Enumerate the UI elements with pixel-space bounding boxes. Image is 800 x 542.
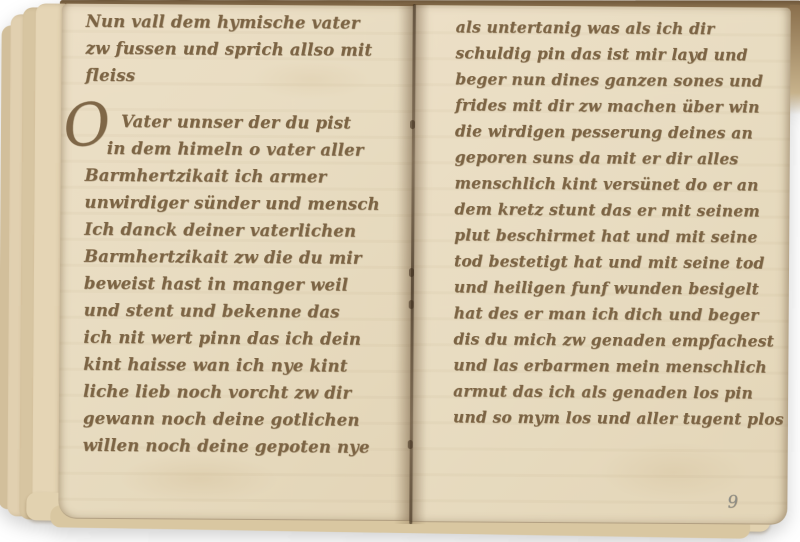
manuscript-line: geporen suns da mit er dir alles [455,144,791,172]
prayer-paragraph: Vater unnser der du pist in dem himeln o… [83,108,401,461]
manuscript-line: hat des er man ich dich und beger [454,300,790,328]
opening-rubric: Nun vall dem hymische vater zw fussen un… [85,8,402,91]
manuscript-line: Barmhertzikait zw die du mir [84,243,400,272]
manuscript-line: gewann noch deine gotlichen [83,405,399,434]
manuscript-line: Ich danck deiner vaterlichen [84,216,400,245]
manuscript-line: fleiss [85,62,401,91]
manuscript-line: plut beschirmet hat und mit seine [454,222,790,250]
right-page-text: als untertanig was als ich dir schuldig … [453,14,792,432]
page-number: 9 [727,492,739,513]
manuscript-line: die wirdigen pesserung deines an [455,118,791,146]
manuscript-line: in dem himeln o vater aller [85,135,401,164]
manuscript-line: Barmhertzikait ich armer [85,162,401,191]
manuscript-line: frides mit dir zw machen über win [455,92,791,120]
manuscript-line: und stent und bekenne das [84,297,400,326]
manuscript-line: dem kretz stunt das er mit seinem [454,196,790,224]
manuscript-line: als untertanig was als ich dir [456,14,792,42]
manuscript-photo: Nun vall dem hymische vater zw fussen un… [0,0,800,542]
manuscript-line: tod bestetigt hat und mit seine tod [454,248,790,276]
manuscript-line: liche lieb noch vorcht zw dir [83,378,399,407]
manuscript-line: und las erbarmen mein menschlich [453,352,789,380]
manuscript-line: Nun vall dem hymische vater [86,8,402,37]
drop-cap-initial: O [59,93,114,157]
manuscript-line: beger nun dines ganzen sones und [455,66,791,94]
manuscript-line: menschlich kint versünet do er an [455,170,791,198]
binding-stitch [408,440,413,449]
binding-stitch [409,300,414,309]
manuscript-line: kint haisse wan ich nye kint [83,351,399,380]
open-book: Nun vall dem hymische vater zw fussen un… [0,0,800,542]
manuscript-line: willen noch deine gepoten nye [83,432,399,461]
manuscript-line: beweist hast in manger weil [84,270,400,299]
manuscript-line: unwirdiger sünder und mensch [84,189,400,218]
manuscript-line: und heiligen funf wunden besigelt [454,274,790,302]
manuscript-line: zw fussen und sprich allso mit [85,35,401,64]
manuscript-line: und so mym los und aller tugent plos [453,404,789,432]
manuscript-line: dis du mich zw genaden empfachest [453,326,789,354]
manuscript-line: Vater unnser der du pist [85,108,401,137]
binding-stitch [410,120,415,129]
manuscript-line: ich nit wert pinn das ich dein [83,324,399,353]
left-page-text: Nun vall dem hymische vater zw fussen un… [83,8,402,461]
manuscript-line: schuldig pin das ist mir layd und [455,40,791,68]
manuscript-line: armut das ich als genaden los pin [453,378,789,406]
binding-stitch [409,268,414,277]
